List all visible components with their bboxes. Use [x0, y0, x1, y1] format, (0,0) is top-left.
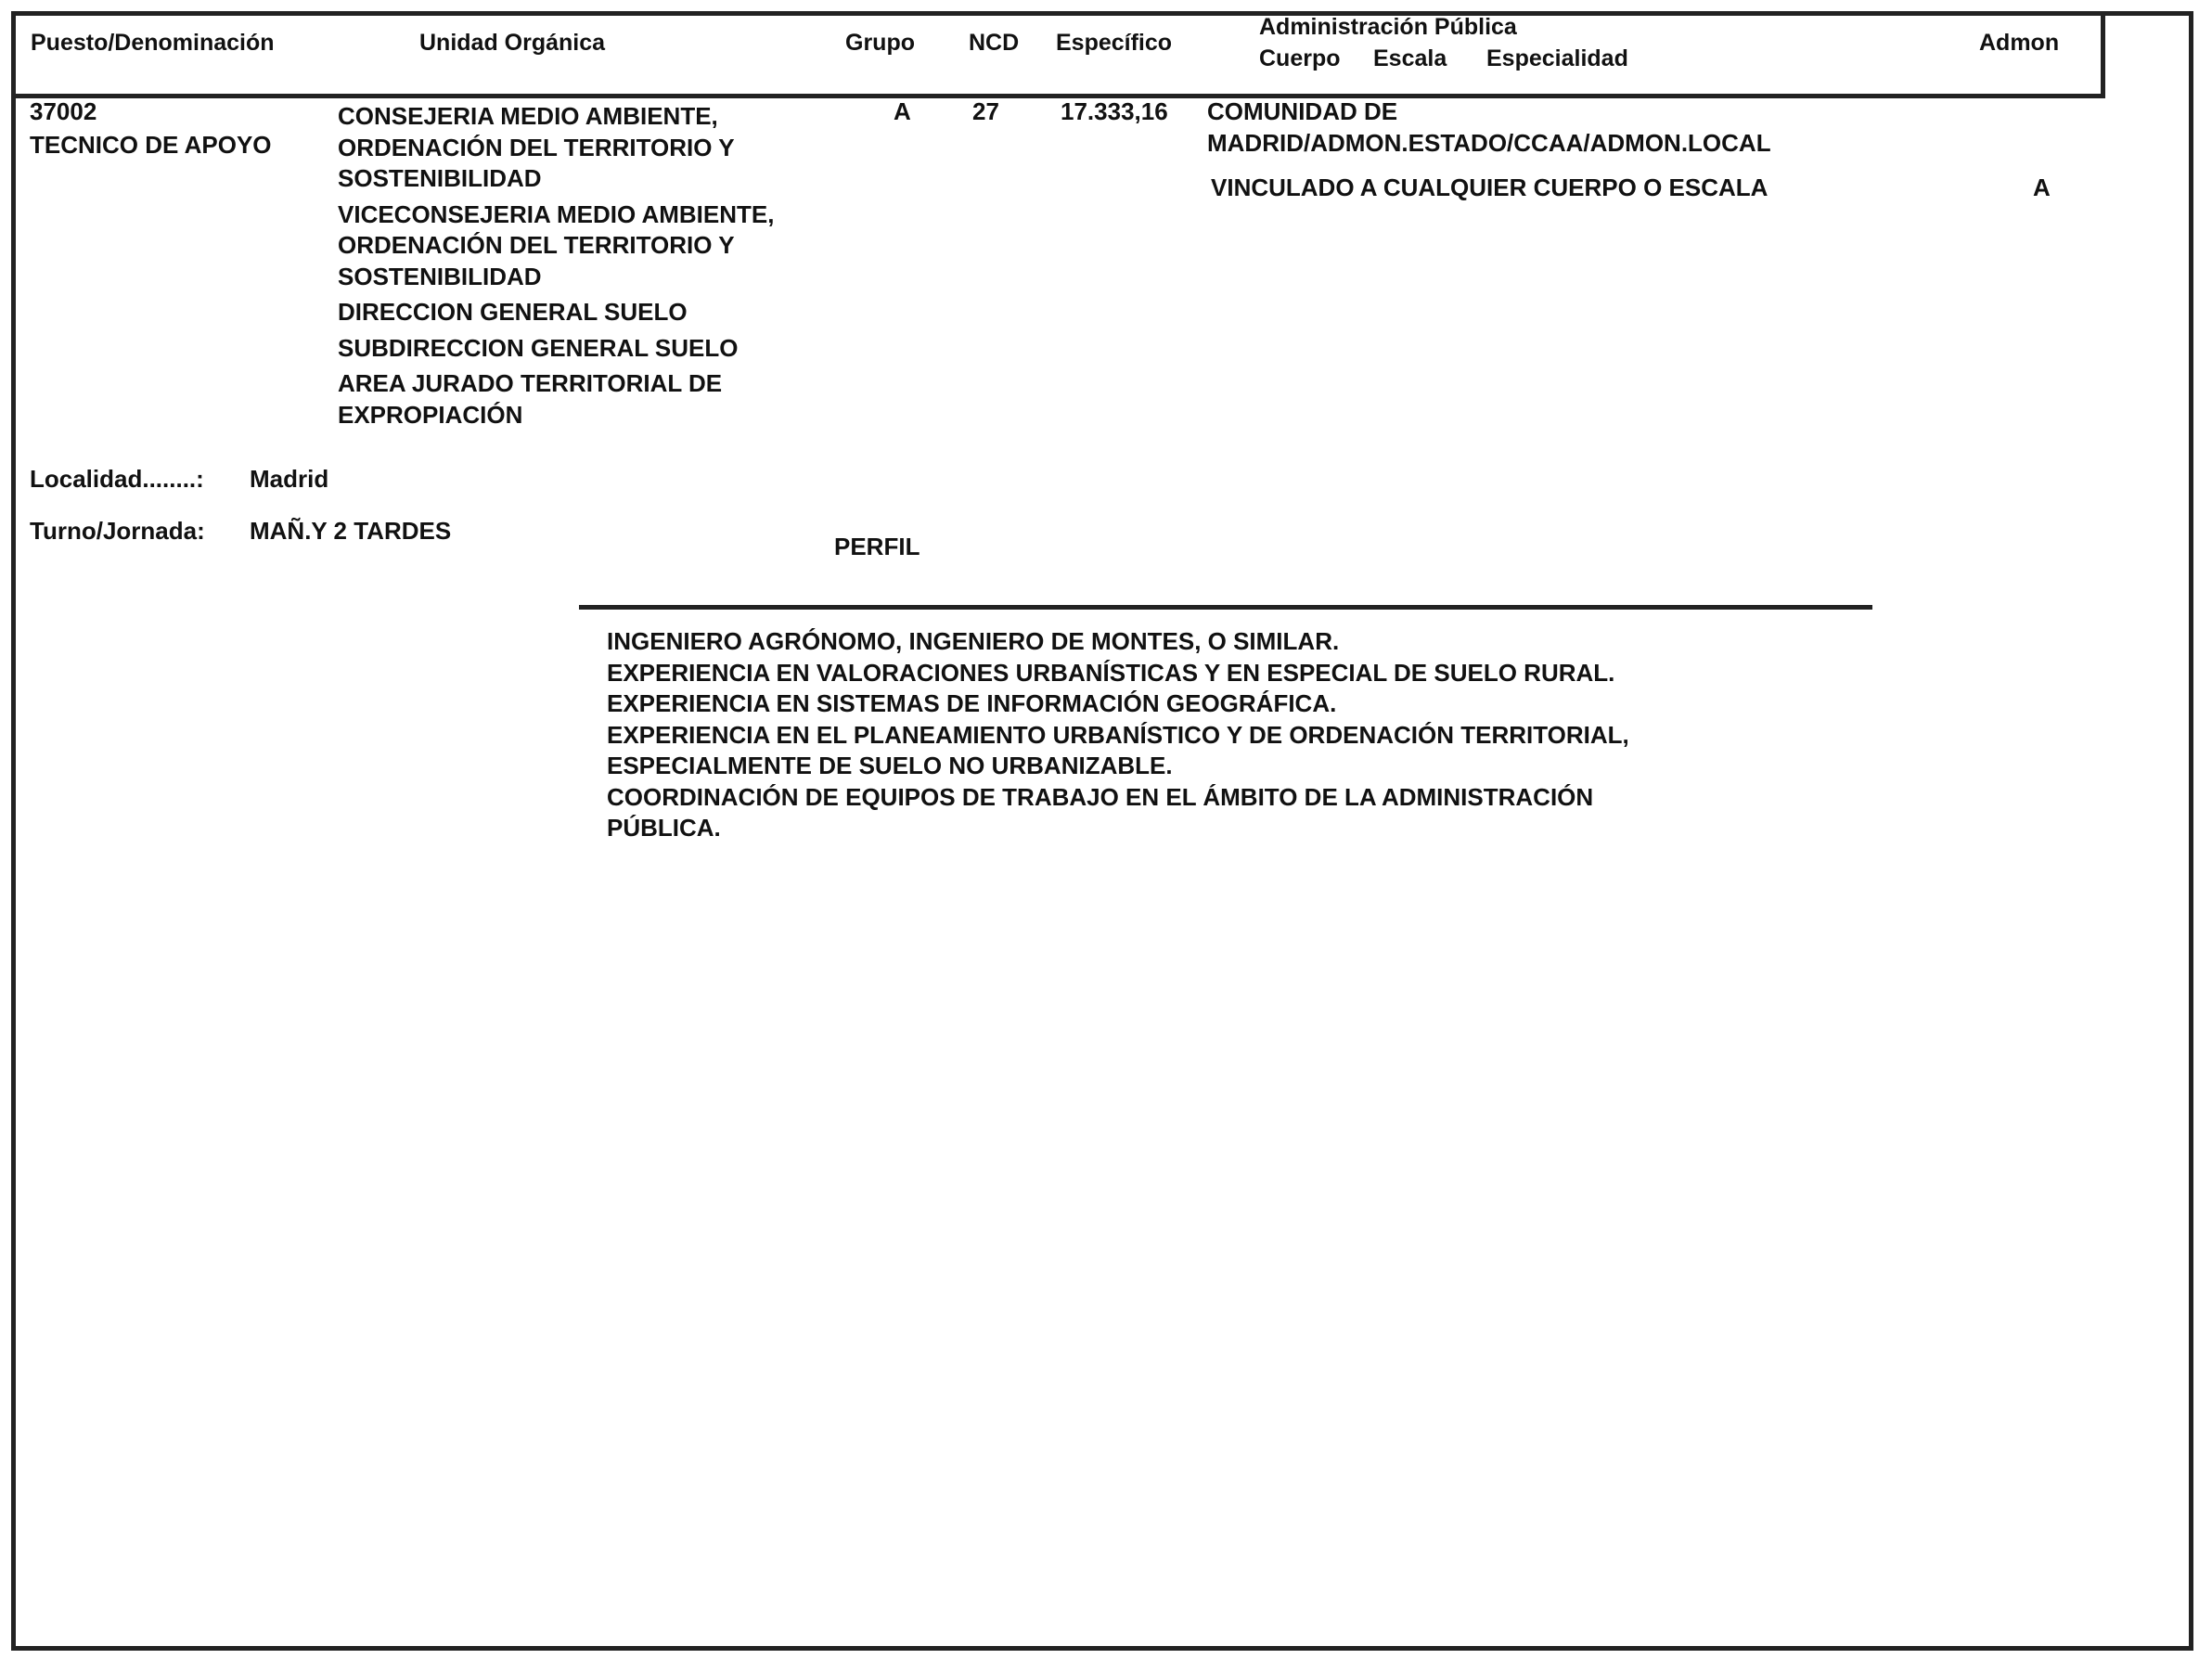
- perfil-line: EXPERIENCIA EN SISTEMAS DE INFORMACIÓN G…: [607, 688, 1629, 720]
- header-escala: Escala: [1373, 44, 1447, 75]
- unidad-organica-line: VICECONSEJERIA MEDIO AMBIENTE,: [338, 199, 774, 231]
- header-cuerpo: Cuerpo: [1259, 44, 1341, 75]
- unidad-organica-line: SUBDIRECCION GENERAL SUELO: [338, 333, 774, 365]
- unidad-organica-line: SOSTENIBILIDAD: [338, 163, 774, 195]
- administracion-line: MADRID/ADMON.ESTADO/CCAA/ADMON.LOCAL: [1207, 128, 1771, 160]
- grupo-value: A: [894, 96, 911, 128]
- perfil-line: INGENIERO AGRÓNOMO, INGENIERO DE MONTES,…: [607, 626, 1629, 658]
- unidad-organica-line: DIRECCION GENERAL SUELO: [338, 297, 774, 328]
- unidad-organica-item: CONSEJERIA MEDIO AMBIENTE,ORDENACIÓN DEL…: [338, 101, 774, 195]
- perfil-line: COORDINACIÓN DE EQUIPOS DE TRABAJO EN EL…: [607, 782, 1629, 814]
- unidad-organica-item: AREA JURADO TERRITORIAL DEEXPROPIACIÓN: [338, 368, 774, 431]
- header-administracion: Administración Pública: [1259, 12, 1517, 44]
- document-page: Puesto/Denominación Unidad Orgánica Grup…: [0, 0, 2212, 1659]
- unidad-organica-line: EXPROPIACIÓN: [338, 400, 774, 431]
- unidad-organica-item: SUBDIRECCION GENERAL SUELO: [338, 333, 774, 365]
- header-admon: Admon: [1979, 28, 2059, 59]
- unidad-organica-line: AREA JURADO TERRITORIAL DE: [338, 368, 774, 400]
- perfil-text: INGENIERO AGRÓNOMO, INGENIERO DE MONTES,…: [607, 626, 1629, 844]
- unidad-organica-item: VICECONSEJERIA MEDIO AMBIENTE,ORDENACIÓN…: [338, 199, 774, 293]
- header-especialidad: Especialidad: [1486, 44, 1628, 75]
- puesto-denominacion: TECNICO DE APOYO: [30, 130, 272, 161]
- localidad-value: Madrid: [250, 464, 328, 495]
- admon-value: A: [2033, 173, 2051, 204]
- unidad-organica-item: DIRECCION GENERAL SUELO: [338, 297, 774, 328]
- ncd-value: 27: [972, 96, 999, 128]
- perfil-title: PERFIL: [834, 532, 920, 563]
- perfil-line: EXPERIENCIA EN VALORACIONES URBANÍSTICAS…: [607, 658, 1629, 689]
- header-especifico: Específico: [1056, 28, 1172, 59]
- cuerpo-escala-value: VINCULADO A CUALQUIER CUERPO O ESCALA: [1211, 173, 1768, 204]
- especifico-value: 17.333,16: [1061, 96, 1168, 128]
- perfil-divider: [579, 605, 1872, 610]
- administracion-publica: COMUNIDAD DE MADRID/ADMON.ESTADO/CCAA/AD…: [1207, 96, 1771, 159]
- perfil-line: PÚBLICA.: [607, 813, 1629, 844]
- header-unidad: Unidad Orgánica: [419, 28, 605, 59]
- puesto-codigo: 37002: [30, 96, 96, 128]
- unidad-organica-line: ORDENACIÓN DEL TERRITORIO Y: [338, 230, 774, 262]
- header-grupo: Grupo: [845, 28, 915, 59]
- unidad-organica-list: CONSEJERIA MEDIO AMBIENTE,ORDENACIÓN DEL…: [338, 101, 774, 435]
- turno-label: Turno/Jornada:: [30, 516, 205, 547]
- turno-value: MAÑ.Y 2 TARDES: [250, 516, 451, 547]
- localidad-label: Localidad........:: [30, 464, 204, 495]
- perfil-line: ESPECIALMENTE DE SUELO NO URBANIZABLE.: [607, 751, 1629, 782]
- header-ncd: NCD: [969, 28, 1019, 59]
- unidad-organica-line: SOSTENIBILIDAD: [338, 262, 774, 293]
- perfil-line: EXPERIENCIA EN EL PLANEAMIENTO URBANÍSTI…: [607, 720, 1629, 752]
- administracion-line: COMUNIDAD DE: [1207, 96, 1771, 128]
- header-puesto: Puesto/Denominación: [31, 28, 275, 59]
- unidad-organica-line: CONSEJERIA MEDIO AMBIENTE,: [338, 101, 774, 133]
- unidad-organica-line: ORDENACIÓN DEL TERRITORIO Y: [338, 133, 774, 164]
